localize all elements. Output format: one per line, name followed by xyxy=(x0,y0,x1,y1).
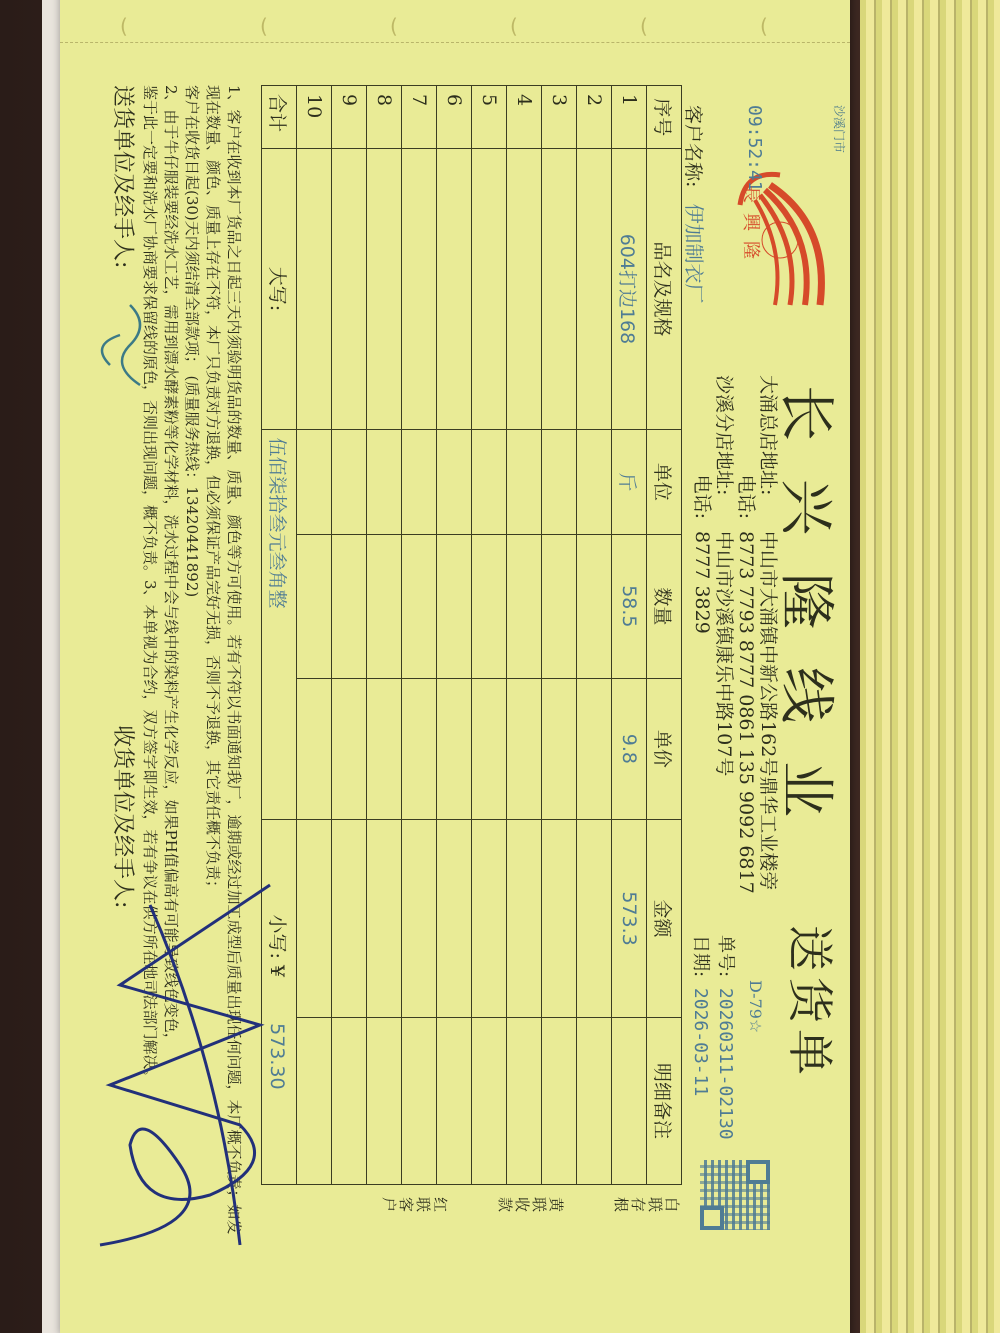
row-index: 10 xyxy=(297,86,332,149)
item-amount: 573.3 xyxy=(612,820,647,1018)
sender-signature-icon xyxy=(90,295,160,415)
item-note xyxy=(507,1017,542,1184)
row-index: 1 xyxy=(612,86,647,149)
receiver-signature-icon xyxy=(80,865,300,1265)
row-index: 2 xyxy=(577,86,612,149)
total-uppercase-value: 伍佰柒拾叁元叁角整 xyxy=(262,429,297,820)
total-uppercase: 大写: xyxy=(262,149,297,429)
item-note xyxy=(332,1017,367,1184)
item-note xyxy=(577,1017,612,1184)
table-row: 4 xyxy=(507,86,542,1185)
row-index: 6 xyxy=(437,86,472,149)
table-row: 9 xyxy=(332,86,367,1185)
col-header-price: 单价 xyxy=(647,678,682,820)
table-row: 3 xyxy=(542,86,577,1185)
item-name xyxy=(577,149,612,429)
order-date-label: 日期: xyxy=(690,935,711,977)
item-price xyxy=(402,678,437,820)
item-amount xyxy=(332,820,367,1018)
item-qty: 58.5 xyxy=(612,535,647,678)
item-note xyxy=(297,1017,332,1184)
item-price: 9.8 xyxy=(612,678,647,820)
branch-phone-label: 电话: xyxy=(690,375,714,525)
item-price xyxy=(507,678,542,820)
item-unit xyxy=(402,429,437,535)
item-qty xyxy=(472,535,507,678)
order-date-value: 2026-03-11 xyxy=(690,988,711,1096)
table-row: 7 xyxy=(402,86,437,1185)
item-amount xyxy=(297,820,332,1018)
col-header-index: 序号 xyxy=(647,86,682,149)
item-name xyxy=(297,149,332,429)
item-note xyxy=(367,1017,402,1184)
item-unit xyxy=(332,429,367,535)
item-name xyxy=(402,149,437,429)
branch-phone-line: 电话: 8777 3829 xyxy=(690,375,714,634)
item-note xyxy=(402,1017,437,1184)
item-price xyxy=(542,678,577,820)
customer-name: 伊加制衣厂 xyxy=(682,203,706,303)
item-qty xyxy=(297,535,332,678)
copy-label-white: 白联存根 xyxy=(600,1195,680,1213)
print-time: 09:52:41 xyxy=(744,105,765,192)
col-header-name: 品名及规格 xyxy=(647,149,682,429)
item-note xyxy=(472,1017,507,1184)
company-name: 长兴隆线业 xyxy=(770,385,850,855)
hq-address: 中山市大涌镇中新公路162号鼎华工业楼旁 xyxy=(757,531,779,890)
col-header-amount: 金额 xyxy=(647,820,682,1018)
order-number: 单号: 20260311-02130 xyxy=(714,935,740,1140)
item-name xyxy=(367,149,402,429)
table-row: 10 xyxy=(297,86,332,1185)
delivery-note-form: 沙溪门市 09:52:41 長興隆 长兴隆线业 送货单 大涌总店地址: 中山市大… xyxy=(80,45,860,1295)
item-unit xyxy=(577,429,612,535)
row-index: 5 xyxy=(472,86,507,149)
row-index: 3 xyxy=(542,86,577,149)
hq-address-line: 大涌总店地址: 中山市大涌镇中新公路162号鼎华工业楼旁 xyxy=(756,375,780,890)
col-header-qty: 数量 xyxy=(647,535,682,678)
item-qty xyxy=(577,535,612,678)
item-amount xyxy=(437,820,472,1018)
item-unit xyxy=(367,429,402,535)
row-index: 4 xyxy=(507,86,542,149)
item-unit xyxy=(297,429,332,535)
total-label: 合计 xyxy=(262,86,297,149)
qr-code-icon[interactable] xyxy=(700,1160,770,1230)
customer-line: 客户名称: 伊加制衣厂 xyxy=(681,105,710,303)
item-unit xyxy=(472,429,507,535)
item-amount xyxy=(402,820,437,1018)
item-qty xyxy=(437,535,472,678)
item-qty xyxy=(402,535,437,678)
table-row: 5 xyxy=(472,86,507,1185)
hq-address-label: 大涌总店地址: xyxy=(756,375,780,525)
customer-label: 客户名称: xyxy=(682,105,704,187)
item-unit xyxy=(507,429,542,535)
total-uppercase-label: 大写: xyxy=(267,267,289,311)
item-qty xyxy=(367,535,402,678)
table-row: 6 xyxy=(437,86,472,1185)
item-note xyxy=(542,1017,577,1184)
item-amount xyxy=(472,820,507,1018)
col-header-note: 明细备注 xyxy=(647,1017,682,1184)
code-mark: D-79☆ xyxy=(746,980,765,1033)
table-header-row: 序号 品名及规格 单位 数量 单价 金额 明细备注 xyxy=(647,86,682,1185)
item-price xyxy=(472,678,507,820)
brand-small-text: 沙溪门市 xyxy=(831,105,848,153)
hq-phone-line: 电话: 8773 7793 8777 0861 135 9092 6817 xyxy=(734,375,758,894)
item-price xyxy=(297,678,332,820)
item-unit xyxy=(437,429,472,535)
item-qty xyxy=(542,535,577,678)
item-unit: 斤 xyxy=(612,429,647,535)
item-name xyxy=(542,149,577,429)
table-row: 2 xyxy=(577,86,612,1185)
table-row: 8 xyxy=(367,86,402,1185)
item-note xyxy=(612,1017,647,1184)
col-header-unit: 单位 xyxy=(647,429,682,535)
item-price xyxy=(577,678,612,820)
order-date: 日期: 2026-03-11 xyxy=(689,935,715,1096)
table-row: 1 604打边168 斤 58.5 9.8 573.3 xyxy=(612,86,647,1185)
sender-signature-label: 送货单位及经手人: xyxy=(110,85,135,268)
item-unit xyxy=(542,429,577,535)
item-name xyxy=(507,149,542,429)
form-header: 沙溪门市 09:52:41 長興隆 长兴隆线业 送货单 大涌总店地址: 中山市大… xyxy=(690,45,860,1295)
branch-address: 中山市沙溪镇康乐中路107号 xyxy=(713,531,735,776)
items-table: 序号 品名及规格 单位 数量 单价 金额 明细备注 1 604打边168 斤 5… xyxy=(261,85,682,1185)
item-qty xyxy=(507,535,542,678)
item-name: 604打边168 xyxy=(612,149,647,429)
item-amount xyxy=(367,820,402,1018)
item-amount xyxy=(507,820,542,1018)
stacked-delivery-notes xyxy=(860,0,1000,1333)
item-name xyxy=(472,149,507,429)
item-note xyxy=(437,1017,472,1184)
order-number-label: 单号: xyxy=(715,935,736,977)
row-index: 9 xyxy=(332,86,367,149)
perforation-strip: (((((( xyxy=(60,8,850,43)
copy-label-red: 红联客户 xyxy=(368,1195,448,1213)
item-qty xyxy=(332,535,367,678)
item-price xyxy=(437,678,472,820)
item-name xyxy=(437,149,472,429)
item-price xyxy=(332,678,367,820)
copy-labels: 白联存根 黄联收款 红联客户 xyxy=(332,1195,680,1235)
hq-phone-label: 电话: xyxy=(734,375,758,525)
hq-phone: 8773 7793 8777 0861 135 9092 6817 xyxy=(735,531,757,894)
item-amount xyxy=(577,820,612,1018)
row-index: 7 xyxy=(402,86,437,149)
document-type-title: 送货单 xyxy=(780,925,846,1081)
item-name xyxy=(332,149,367,429)
copy-label-yellow: 黄联收款 xyxy=(484,1195,564,1213)
branch-phone: 8777 3829 xyxy=(691,531,713,634)
branch-address-label: 沙溪分店地址: xyxy=(712,375,736,525)
logo-text: 長興隆 xyxy=(739,185,765,269)
row-index: 8 xyxy=(367,86,402,149)
item-price xyxy=(367,678,402,820)
item-amount xyxy=(542,820,577,1018)
branch-address-line: 沙溪分店地址: 中山市沙溪镇康乐中路107号 xyxy=(712,375,736,776)
order-number-value: 20260311-02130 xyxy=(715,988,736,1140)
delivery-note-sheet: (((((( 沙溪门市 09:52:41 長興隆 长兴隆线业 送货单 大涌总店地… xyxy=(60,0,850,1333)
